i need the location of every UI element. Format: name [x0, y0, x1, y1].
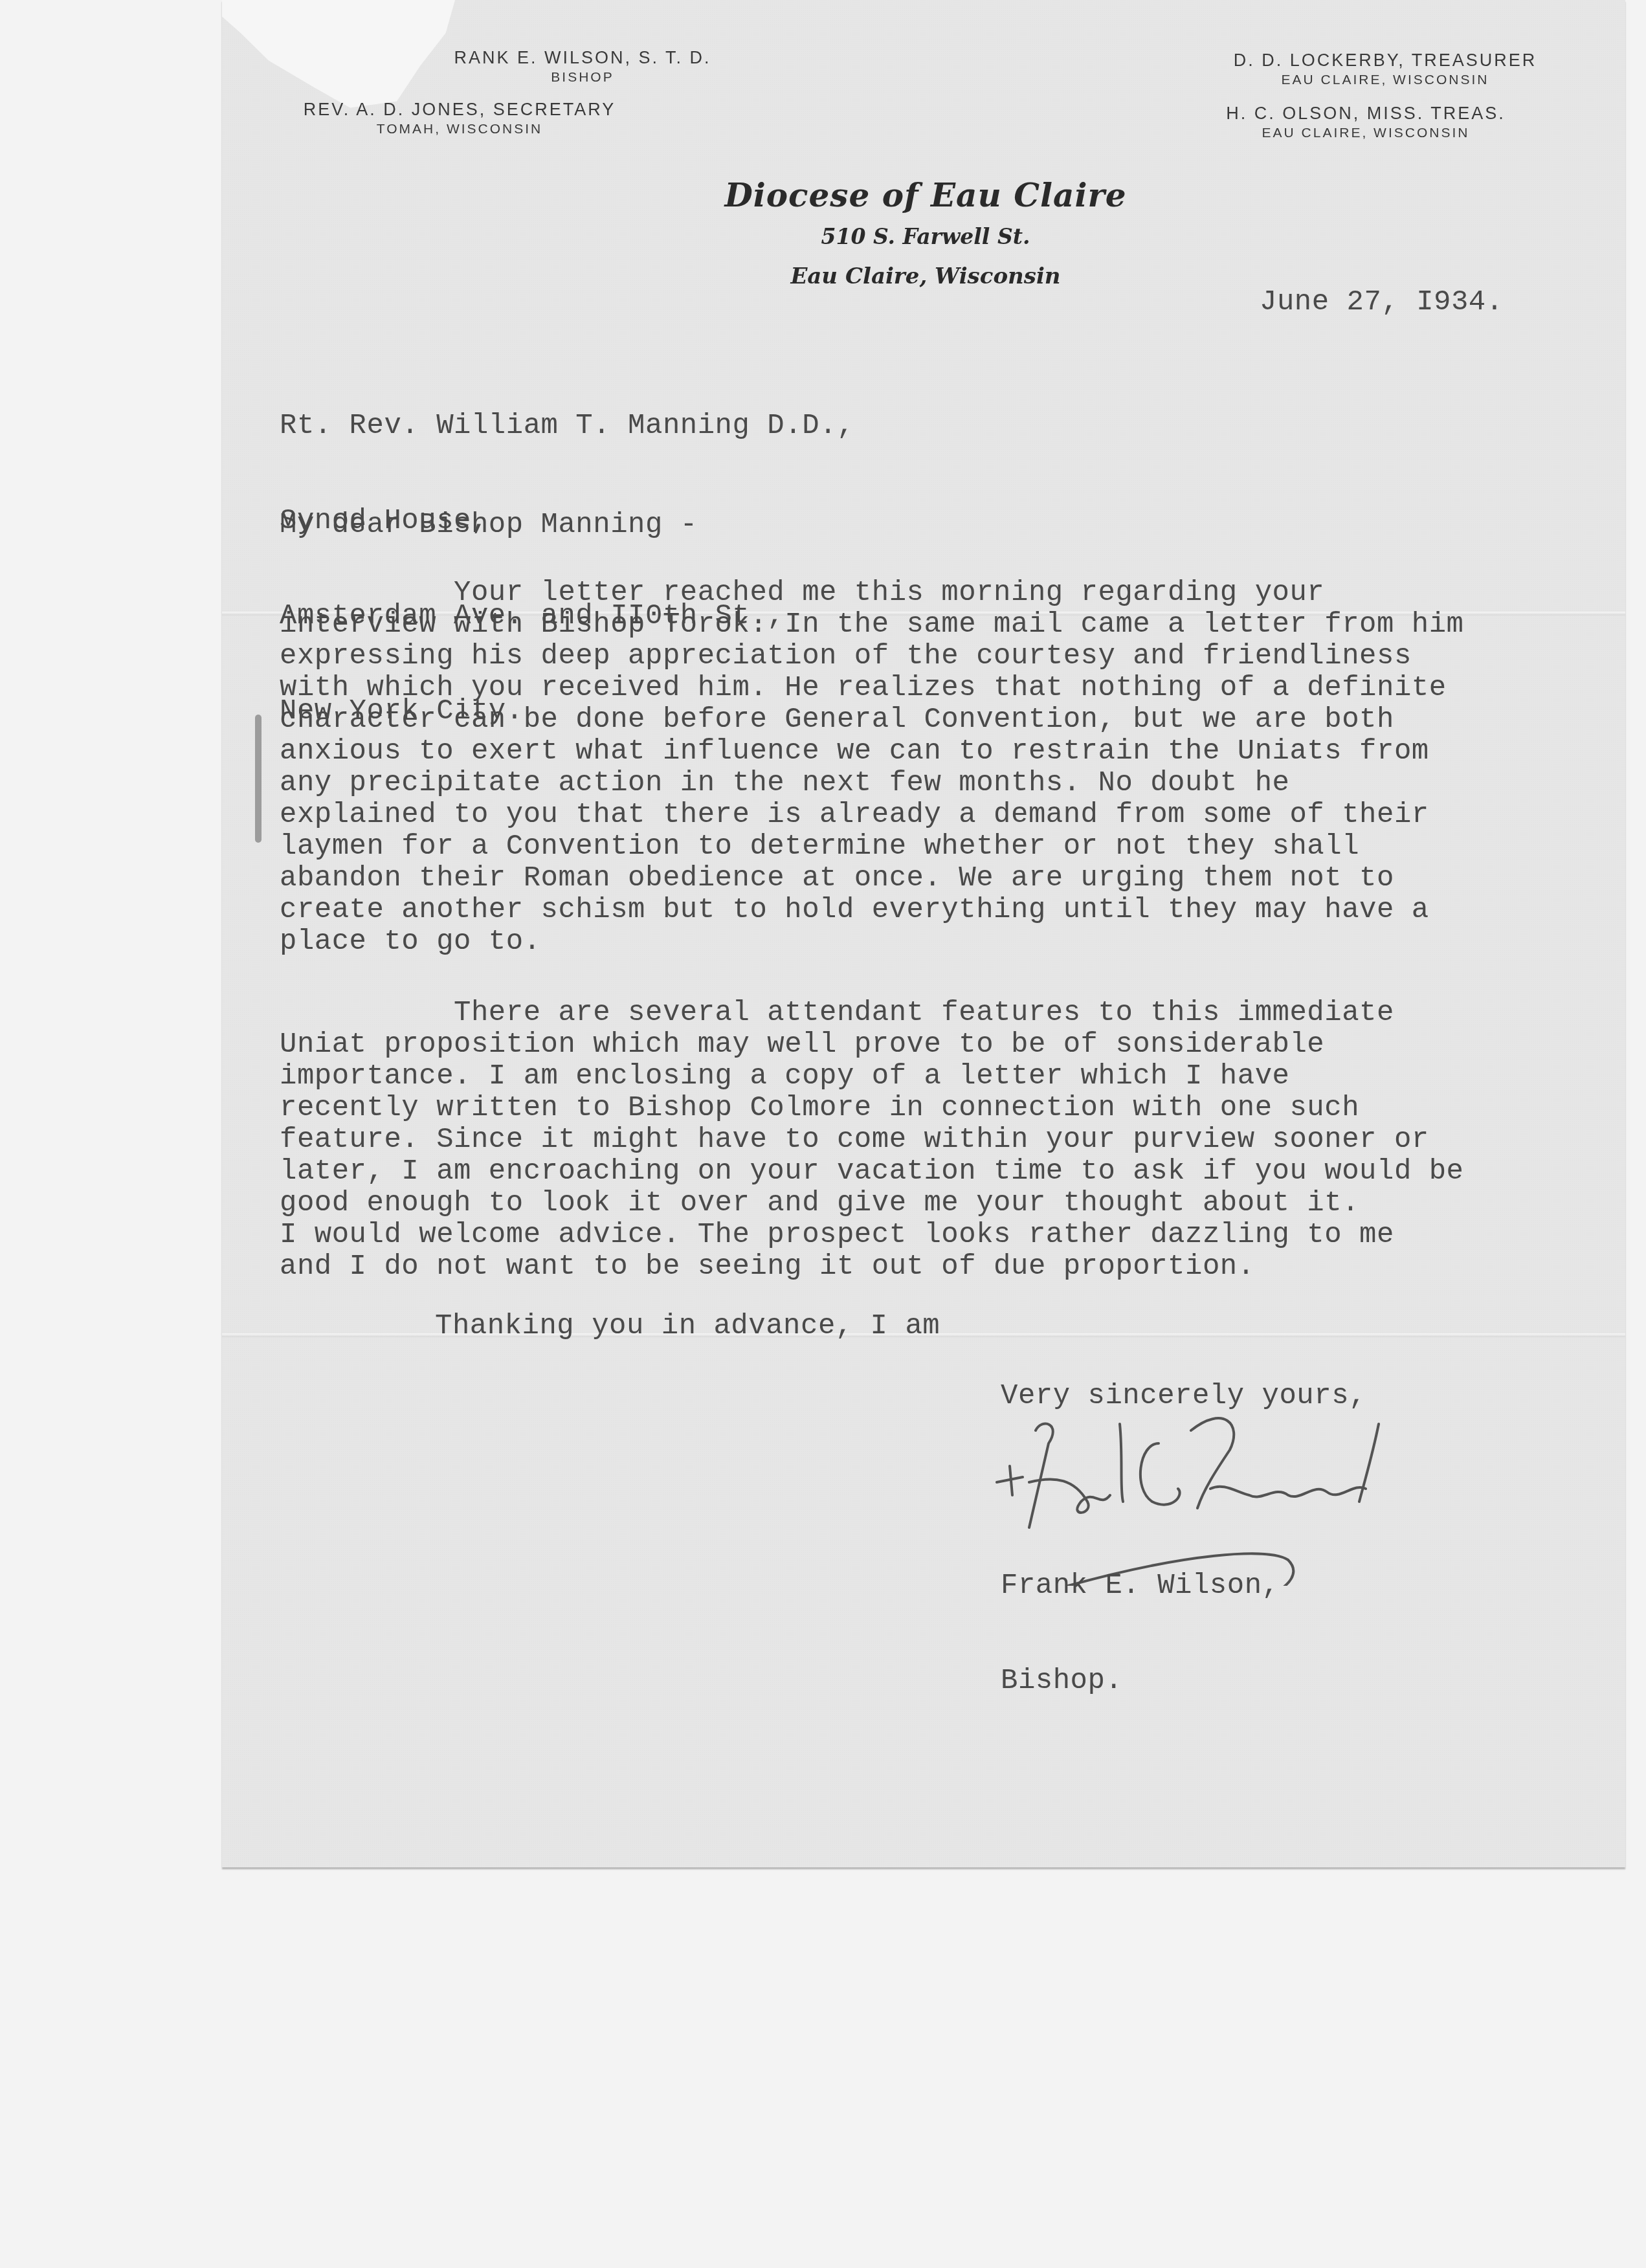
- diocese-name: Diocese of Eau Claire: [686, 176, 1165, 214]
- paragraph-2: There are several attendant features to …: [280, 997, 1464, 1283]
- text-line: good enough to look it over and give me …: [280, 1188, 1464, 1219]
- letterhead-bishop-role: BISHOP: [362, 69, 803, 87]
- diocese-city: Eau Claire, Wisconsin: [686, 263, 1165, 289]
- text-line: feature. Since it might have to come wit…: [280, 1124, 1464, 1156]
- text-line: anxious to exert what influence we can t…: [280, 736, 1464, 768]
- letterhead-miss-treasurer-name: H. C. OLSON, MISS. TREAS.: [1165, 102, 1566, 124]
- letterhead-bishop-name: RANK E. WILSON, S. T. D.: [362, 47, 803, 69]
- text-line: There are several attendant features to …: [280, 997, 1464, 1029]
- text-line: Uniat proposition which may well prove t…: [280, 1029, 1464, 1061]
- recipient-line: Rt. Rev. William T. Manning D.D.,: [280, 410, 854, 442]
- letterhead-secretary: REV. A. D. JONES, SECRETARY TOMAH, WISCO…: [259, 98, 660, 139]
- letterhead-miss-treasurer-location: EAU CLAIRE, WISCONSIN: [1165, 124, 1566, 142]
- thanks-line: Thanking you in advance, I am: [435, 1311, 940, 1342]
- text-line: place to go to.: [280, 926, 1464, 958]
- letterhead-treasurer-name: D. D. LOCKERBY, TREASURER: [1165, 49, 1605, 71]
- signer-block: Frank E. Wilson, Bishop.: [1001, 1507, 1279, 1729]
- text-line: interview with Bishop Torok. In the same…: [280, 609, 1464, 641]
- letterhead-miss-treasurer: H. C. OLSON, MISS. TREAS. EAU CLAIRE, WI…: [1165, 102, 1566, 142]
- text-line: explained to you that there is already a…: [280, 799, 1464, 831]
- diocese-street: 510 S. Farwell St.: [686, 224, 1165, 249]
- letterhead-secretary-name: REV. A. D. JONES, SECRETARY: [259, 98, 660, 120]
- text-line: Your letter reached me this morning rega…: [280, 577, 1464, 609]
- letterhead-treasurer-location: EAU CLAIRE, WISCONSIN: [1165, 71, 1605, 89]
- text-line: expressing his deep appreciation of the …: [280, 641, 1464, 673]
- letter-date: June 27, I934.: [1260, 287, 1504, 318]
- letterhead-bishop: RANK E. WILSON, S. T. D. BISHOP: [362, 47, 803, 87]
- text-line: and I do not want to be seeing it out of…: [280, 1251, 1464, 1283]
- signer-name: Frank E. Wilson,: [1001, 1570, 1279, 1602]
- text-line: with which you received him. He realizes…: [280, 673, 1464, 704]
- text-line: any precipitate action in the next few m…: [280, 768, 1464, 799]
- text-line: laymen for a Convention to determine whe…: [280, 831, 1464, 863]
- text-line: create another schism but to hold everyt…: [280, 895, 1464, 926]
- text-line: importance. I am enclosing a copy of a l…: [280, 1061, 1464, 1093]
- text-line: abandon their Roman obedience at once. W…: [280, 863, 1464, 895]
- text-line: later, I am encroaching on your vacation…: [280, 1156, 1464, 1188]
- letterhead-secretary-location: TOMAH, WISCONSIN: [259, 120, 660, 139]
- text-line: I would welcome advice. The prospect loo…: [280, 1219, 1464, 1251]
- salutation: My dear Bishop Manning -: [280, 509, 698, 541]
- signer-title: Bishop.: [1001, 1665, 1279, 1697]
- text-line: recently written to Bishop Colmore in co…: [280, 1093, 1464, 1124]
- letterhead-treasurer: D. D. LOCKERBY, TREASURER EAU CLAIRE, WI…: [1165, 49, 1605, 89]
- paragraph-1: Your letter reached me this morning rega…: [280, 577, 1464, 958]
- pencil-margin-mark: [255, 715, 261, 843]
- text-line: character can be done before General Con…: [280, 704, 1464, 736]
